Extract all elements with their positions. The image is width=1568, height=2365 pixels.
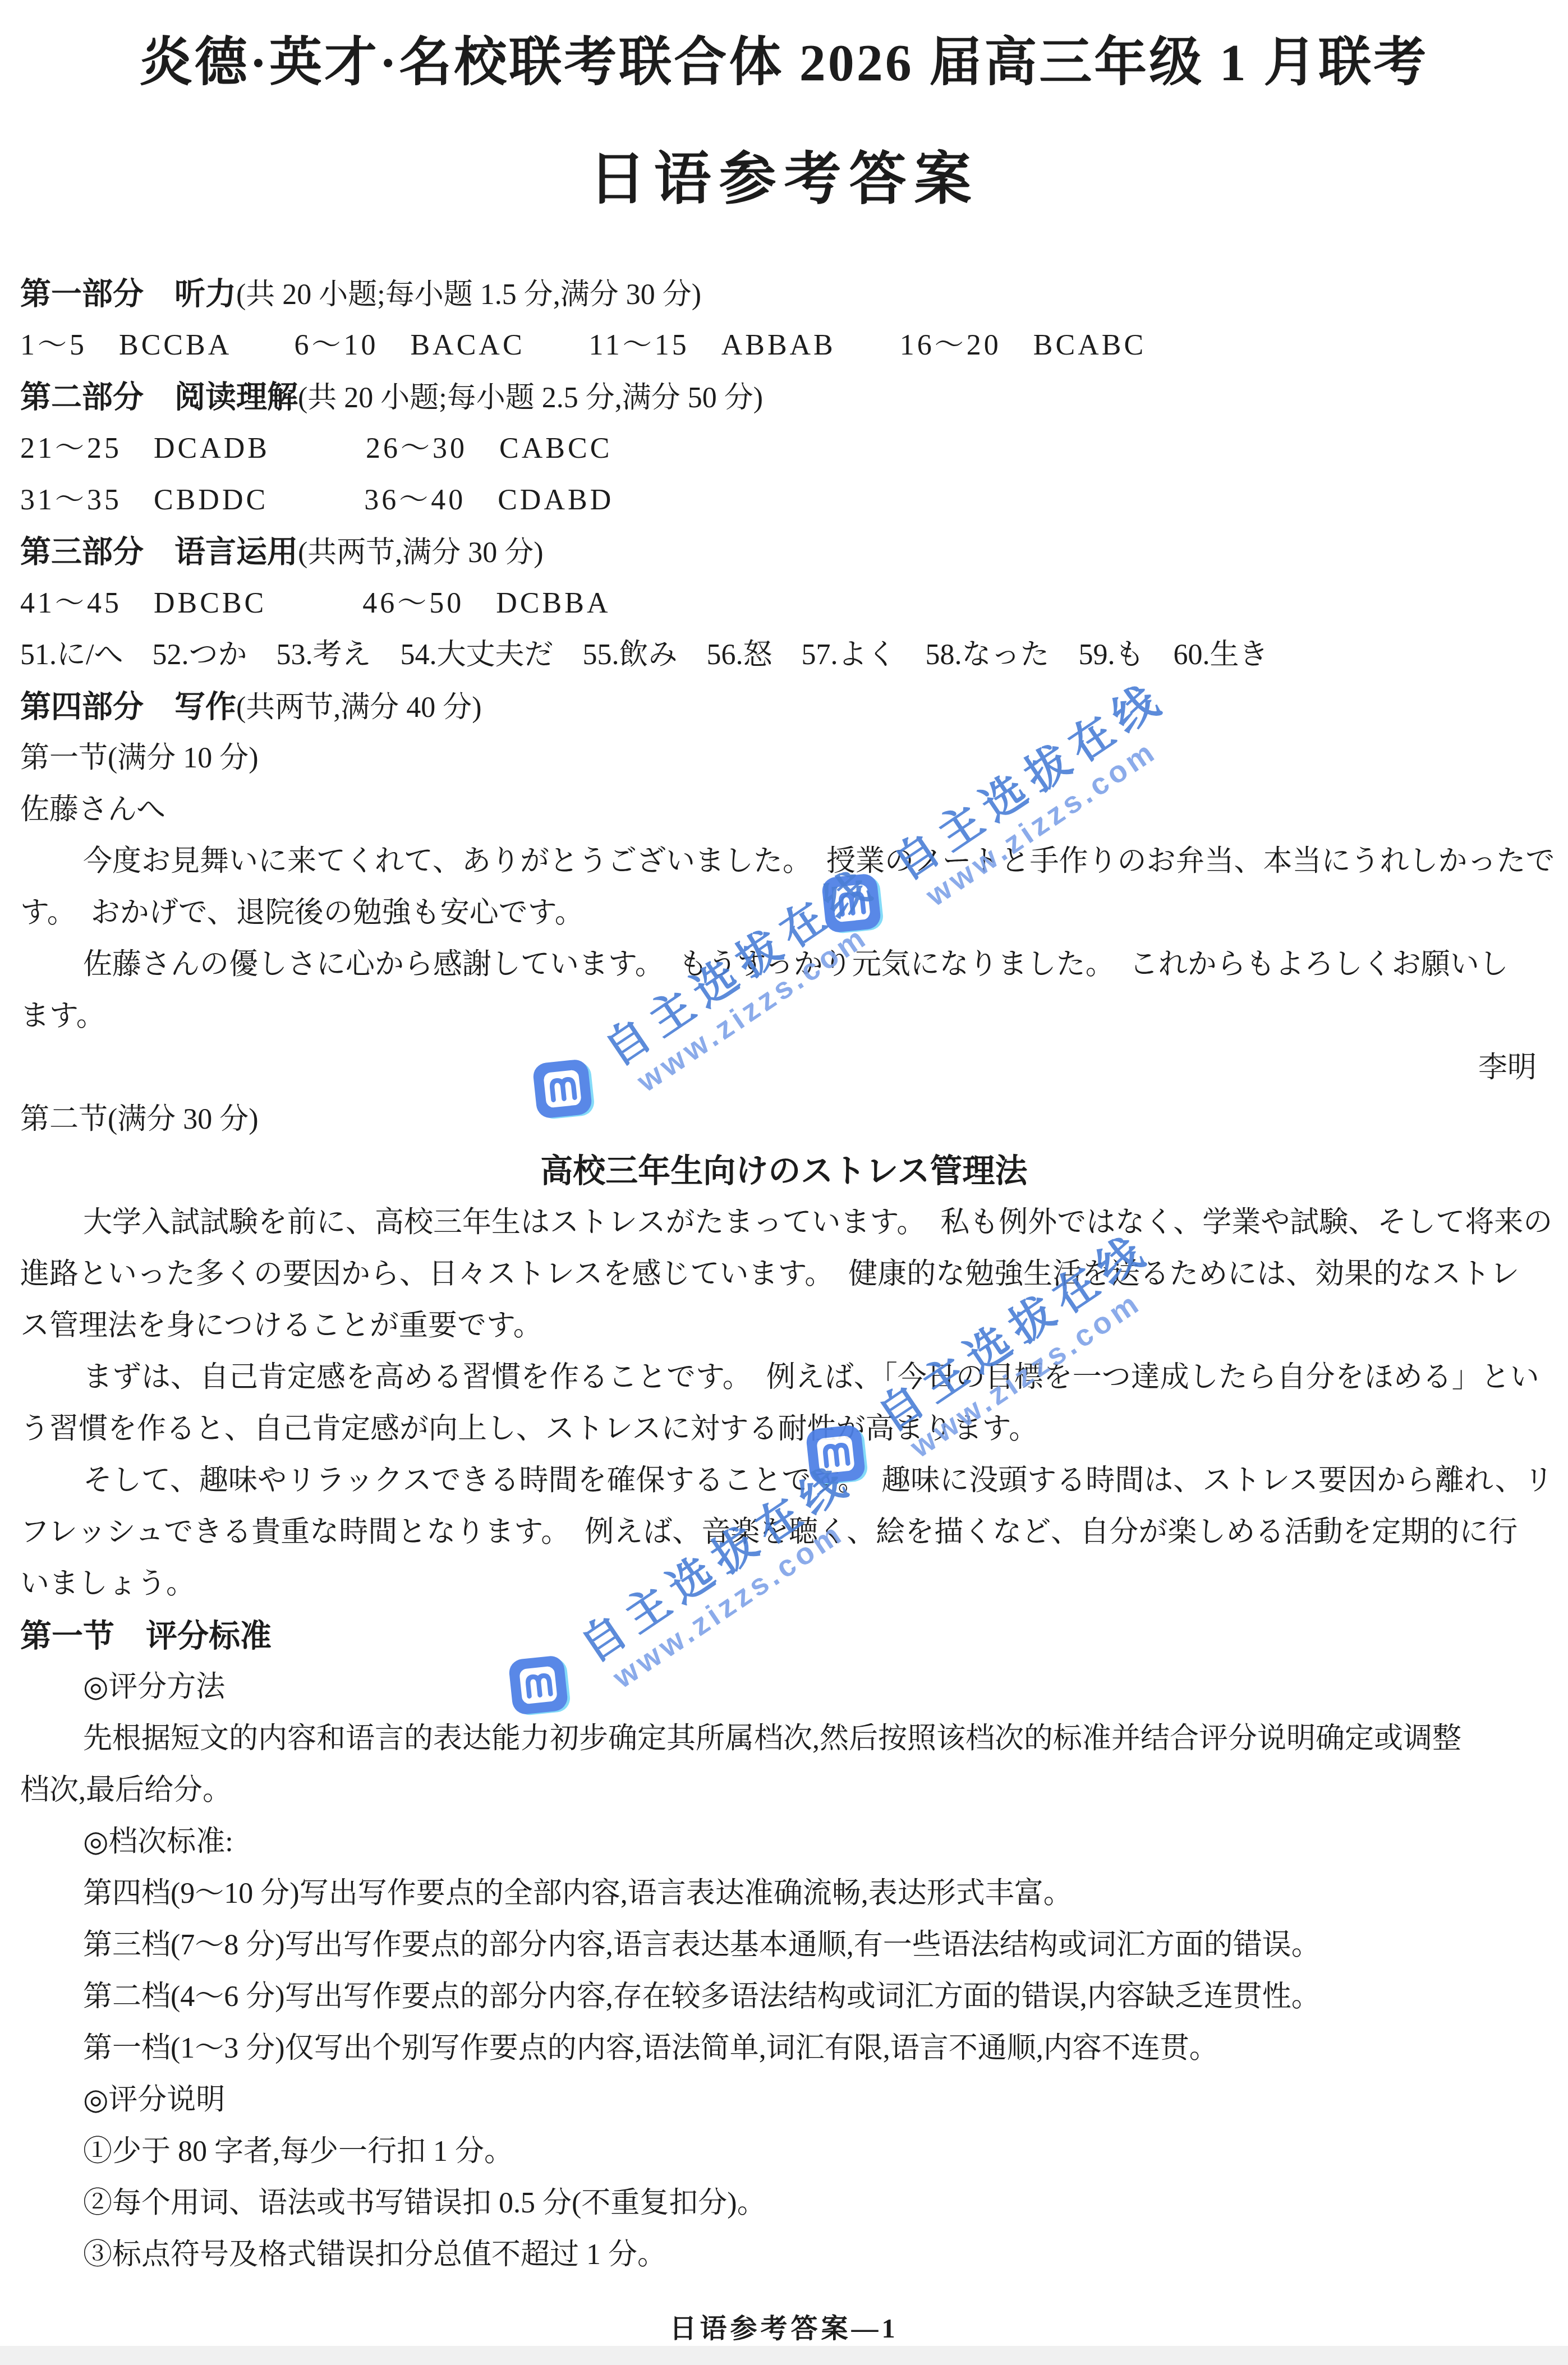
letter-line-2: す。 おかげで、退院後の勉強も安心です。 — [0, 887, 1568, 939]
rubric-notes-label: ◎评分说明 — [0, 2074, 1568, 2126]
rubric-method-line-2: 档次,最后给分。 — [0, 1765, 1568, 1816]
letter-signature: 李明 — [0, 1042, 1568, 1094]
rubric-method-line-1: 先根据短文的内容和语言的表达能力初步确定其所属档次,然后按照该档次的标准并结合评… — [0, 1713, 1568, 1765]
essay-p1-line-1: 大学入試試験を前に、高校三年生はストレスがたまっています。 私も例外ではなく、学… — [0, 1197, 1568, 1249]
language-use-answers-row: 41～45 DBCBC 46～50 DCBBA — [0, 578, 1568, 629]
reading-answers-row-2: 31～35 CBDDC 36～40 CDABD — [0, 475, 1568, 526]
part1-heading: 第一部分 听力(共 20 小题;每小题 1.5 分,满分 30 分) — [0, 268, 1568, 320]
rubric-levels-label: ◎档次标准: — [0, 1816, 1568, 1868]
essay-p3-line-2: フレッシュできる貴重な時間となります。 例えば、音楽を聴く、絵を描くなど、自分が… — [0, 1507, 1568, 1558]
answer-key-title: 日语参考答案 — [0, 146, 1568, 212]
part1-heading-note: (共 20 小题;每小题 1.5 分,满分 30 分) — [236, 279, 701, 311]
essay-title: 高校三年生向けのストレス管理法 — [0, 1145, 1568, 1197]
part2-heading-label: 第二部分 阅读理解 — [20, 380, 298, 414]
exam-title: 炎德·英才·名校联考联合体 2026 届高三年级 1 月联考 — [0, 0, 1568, 95]
scan-edge-strip — [0, 2346, 1568, 2365]
part2-heading-note: (共 20 小题;每小题 2.5 分,满分 50 分) — [298, 382, 763, 414]
answer-key-document: 炎德·英才·名校联考联合体 2026 届高三年级 1 月联考 日语参考答案 第一… — [0, 0, 1568, 2365]
part3-heading: 第三部分 语言运用(共两节,满分 30 分) — [0, 526, 1568, 578]
essay-p2-line-2: う習慣を作ると、自己肯定感が向上し、ストレスに対する耐性が高まります。 — [0, 1404, 1568, 1455]
rubric-method-label: ◎评分方法 — [0, 1662, 1568, 1713]
rubric-note-3: ③标点符号及格式错误扣分总值不超过 1 分。 — [0, 2229, 1568, 2281]
essay-p3-line-3: いましょう。 — [0, 1558, 1568, 1610]
essay-p1-line-3: ス管理法を身につけることが重要です。 — [0, 1300, 1568, 1352]
reading-answers-row-1: 21～25 DCADB 26～30 CABCC — [0, 423, 1568, 475]
letter-line-1: 今度お見舞いに来てくれて、ありがとうございました。 授業のノートと手作りのお弁当… — [0, 836, 1568, 887]
document-body: 第一部分 听力(共 20 小题;每小题 1.5 分,满分 30 分) 1～5 B… — [0, 268, 1568, 2281]
listening-answers-row: 1～5 BCCBA 6～10 BACAC 11～15 ABBAB 16～20 B… — [0, 320, 1568, 371]
fill-in-answers-row: 51.に/へ 52.つか 53.考え 54.大丈夫だ 55.飲み 56.怒 57… — [0, 629, 1568, 681]
rubric-heading: 第一节 评分标准 — [0, 1610, 1568, 1662]
part1-heading-label: 第一部分 听力 — [20, 277, 236, 311]
part3-heading-label: 第三部分 语言运用 — [20, 535, 298, 569]
letter-line-3: 佐藤さんの優しさに心から感謝しています。 もうすっかり元気になりました。 これか… — [0, 939, 1568, 991]
letter-line-4: ます。 — [0, 991, 1568, 1042]
part4-heading-label: 第四部分 写作 — [20, 689, 236, 724]
rubric-note-1: ①少于 80 字者,每少一行扣 1 分。 — [0, 2126, 1568, 2178]
essay-p3-line-1: そして、趣味やリラックスできる時間を確保することです。 趣味に没頭する時間は、ス… — [0, 1455, 1568, 1507]
essay-p1-line-2: 進路といった多くの要因から、日々ストレスを感じています。 健康的な勉強生活を送る… — [0, 1249, 1568, 1300]
essay-p2-line-1: まずは、自己肯定感を高める習慣を作ることです。 例えば、「今日の目標を一つ達成し… — [0, 1352, 1568, 1404]
writing-section1-label: 第一节(满分 10 分) — [0, 733, 1568, 784]
rubric-note-2: ②每个用词、语法或书写错误扣 0.5 分(不重复扣分)。 — [0, 2178, 1568, 2229]
rubric-level-2: 第二档(4～6 分)写出写作要点的部分内容,存在较多语法结构或词汇方面的错误,内… — [0, 1971, 1568, 2023]
part4-heading-note: (共两节,满分 40 分) — [236, 692, 482, 724]
part4-heading: 第四部分 写作(共两节,满分 40 分) — [0, 681, 1568, 733]
part2-heading: 第二部分 阅读理解(共 20 小题;每小题 2.5 分,满分 50 分) — [0, 371, 1568, 423]
rubric-level-3: 第三档(7～8 分)写出写作要点的部分内容,语言表达基本通顺,有一些语法结构或词… — [0, 1920, 1568, 1971]
part3-heading-note: (共两节,满分 30 分) — [298, 537, 544, 569]
letter-salutation: 佐藤さんへ — [0, 784, 1568, 836]
rubric-level-1: 第一档(1～3 分)仅写出个别写作要点的内容,语法简单,词汇有限,语言不通顺,内… — [0, 2023, 1568, 2074]
page-footer: 日语参考答案—1 — [0, 2307, 1568, 2345]
rubric-level-4: 第四档(9～10 分)写出写作要点的全部内容,语言表达准确流畅,表达形式丰富。 — [0, 1868, 1568, 1920]
writing-section2-label: 第二节(满分 30 分) — [0, 1094, 1568, 1145]
